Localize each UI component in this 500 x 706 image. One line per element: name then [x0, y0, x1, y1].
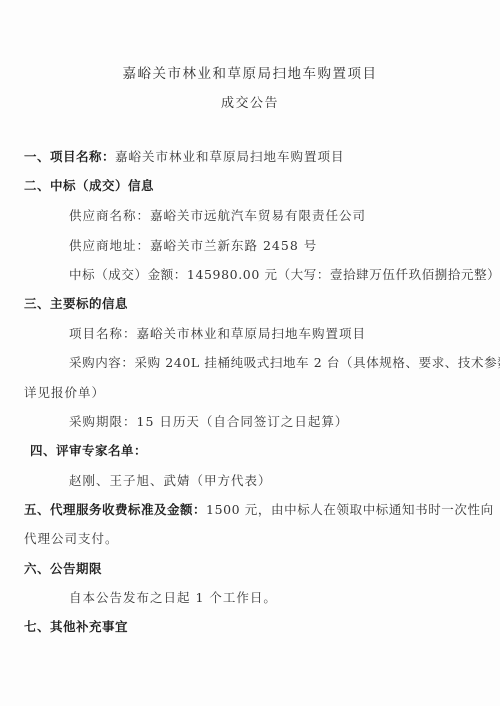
section-5-heading: 五、代理服务收费标准及金额： — [24, 502, 206, 517]
section-7-heading: 七、其他补充事宜 — [24, 619, 128, 635]
document-subtitle: 成交公告 — [0, 92, 500, 111]
expert-list: 赵刚、王子旭、武婧（甲方代表） — [69, 473, 272, 489]
procurement-period: 采购期限：15 日历天（自合同签订之日起算） — [69, 414, 348, 430]
section-4-heading: 四、评审专家名单： — [30, 443, 147, 459]
project-name: 项目名称：嘉峪关市林业和草原局扫地车购置项目 — [69, 326, 366, 342]
announcement-period: 自本公告发布之日起 1 个工作日。 — [69, 590, 277, 606]
supplier-name: 供应商名称：嘉峪关市远航汽车贸易有限责任公司 — [69, 208, 366, 224]
section-1: 一、项目名称：嘉峪关市林业和草原局扫地车购置项目 — [24, 149, 345, 165]
section-1-heading: 一、项目名称： — [24, 149, 115, 164]
document-page: 嘉峪关市林业和草原局扫地车购置项目 成交公告 一、项目名称：嘉峪关市林业和草原局… — [0, 0, 500, 706]
section-3-heading: 三、主要标的信息 — [24, 296, 128, 312]
document-title: 嘉峪关市林业和草原局扫地车购置项目 — [0, 62, 500, 82]
section-6-heading: 六、公告期限 — [24, 561, 102, 577]
section-5-continuation: 代理公司支付。 — [24, 531, 119, 547]
section-5: 五、代理服务收费标准及金额：1500 元，由中标人在领取中标通知书时一次性向 — [24, 502, 494, 518]
section-2-heading: 二、中标（成交）信息 — [24, 178, 154, 194]
supplier-address: 供应商地址：嘉峪关市兰新东路 2458 号 — [69, 238, 317, 254]
procurement-content: 采购内容：采购 240L 挂桶纯吸式扫地车 2 台（具体规格、要求、技术参数 — [69, 355, 500, 371]
procurement-content-cont: 详见报价单） — [24, 385, 105, 401]
award-amount: 中标（成交）金额：145980.00 元（大写：壹拾肆万伍仟玖佰捌拾元整） — [69, 267, 500, 283]
section-5-value: 1500 元，由中标人在领取中标通知书时一次性向 — [206, 502, 494, 517]
section-1-value: 嘉峪关市林业和草原局扫地车购置项目 — [115, 149, 345, 164]
